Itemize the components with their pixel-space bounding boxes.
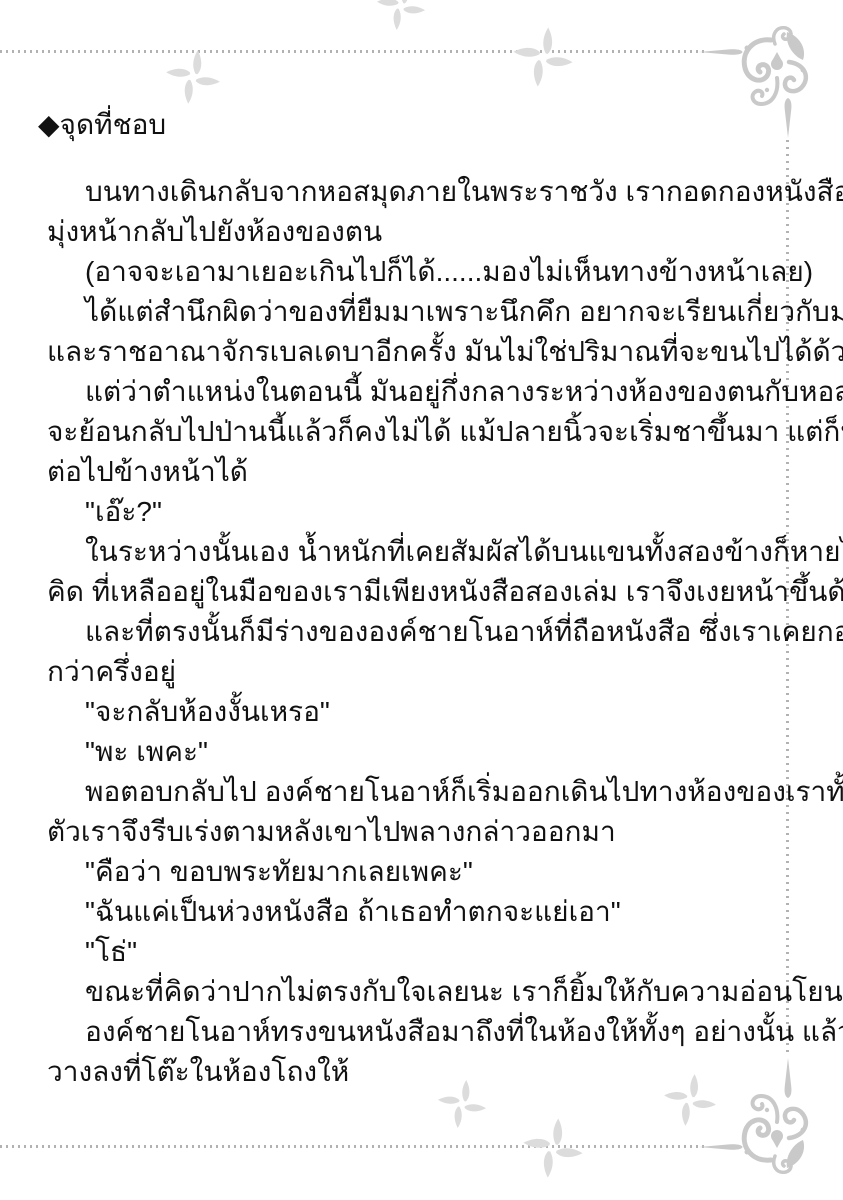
text-line: และราชอาณาจักรเบลเดบาอีกครั้ง มันไม่ใช่ป… bbox=[47, 332, 788, 372]
sparkle-icon bbox=[164, 48, 222, 106]
bottom-border-dotted-line bbox=[0, 1145, 704, 1148]
text-line: "คือว่า ขอบพระทัยมากเลยเพคะ" bbox=[47, 852, 788, 892]
corner-ornament-top-right-icon bbox=[737, 26, 815, 106]
text-line: "เอ๊ะ?" bbox=[47, 492, 788, 532]
sparkle-icon bbox=[521, 1116, 585, 1180]
text-line: และที่ตรงนั้นก็มีร่างขององค์ชายโนอาห์ที่… bbox=[47, 612, 788, 652]
text-line: กว่าครึ่งอยู่ bbox=[47, 652, 788, 692]
text-line: วางลงที่โต๊ะในห้องโถงให้ bbox=[47, 1052, 788, 1092]
sparkle-icon bbox=[511, 25, 575, 89]
text-line: (อาจจะเอามาเยอะเกินไปก็ได้......มองไม่เห… bbox=[47, 252, 788, 292]
text-line: ต่อไปข้างหน้าได้ bbox=[47, 452, 788, 492]
text-line: ได้แต่สำนึกผิดว่าของที่ยืมมาเพราะนึกคึก … bbox=[47, 292, 788, 332]
section-header: ◆จุดที่ชอบ bbox=[38, 105, 166, 145]
text-line: ตัวเราจึงรีบเร่งตามหลังเขาไปพลางกล่าวออก… bbox=[47, 812, 788, 852]
text-line: ในระหว่างนั้นเอง น้ำหนักที่เคยสัมผัสได้บ… bbox=[47, 532, 788, 572]
top-border-dotted-line bbox=[0, 50, 704, 53]
text-line: จะย้อนกลับไปป่านนี้แล้วก็คงไม่ได้ แม้ปลา… bbox=[47, 412, 788, 452]
text-line: คิด ที่เหลืออยู่ในมือของเรามีเพียงหนังสื… bbox=[47, 572, 788, 612]
text-line: ขณะที่คิดว่าปากไม่ตรงกับใจเลยนะ เราก็ยิ้… bbox=[47, 972, 788, 1012]
text-line: "โธ่" bbox=[47, 932, 788, 972]
text-line: "ฉันแค่เป็นห่วงหนังสือ ถ้าเธอทำตกจะแย่เอ… bbox=[47, 892, 788, 932]
text-line: "จะกลับห้องงั้นเหรอ" bbox=[47, 692, 788, 732]
corner-ornament-bottom-right-icon bbox=[737, 1094, 815, 1174]
novel-page: ◆จุดที่ชอบ บนทางเดินกลับจากหอสมุดภายในพร… bbox=[0, 0, 843, 1200]
teardrop-ornament-top-icon bbox=[783, 98, 793, 138]
text-line: บนทางเดินกลับจากหอสมุดภายในพระราชวัง เรา… bbox=[47, 172, 788, 212]
section-marker-icon: ◆ bbox=[38, 109, 60, 140]
text-line: พอตอบกลับไป องค์ชายโนอาห์ก็เริ่มออกเดินไ… bbox=[47, 772, 788, 812]
section-title: จุดที่ชอบ bbox=[60, 109, 167, 140]
text-line: มุ่งหน้ากลับไปยังห้องของตน bbox=[47, 212, 788, 252]
text-line: แต่ว่าตำแหน่งในตอนนี้ มันอยู่กึ่งกลางระห… bbox=[47, 372, 788, 412]
text-line: องค์ชายโนอาห์ทรงขนหนังสือมาถึงที่ในห้องใ… bbox=[47, 1012, 788, 1052]
text-line: "พะ เพคะ" bbox=[47, 732, 788, 772]
body-text: บนทางเดินกลับจากหอสมุดภายในพระราชวัง เรา… bbox=[47, 172, 788, 1092]
sparkle-icon bbox=[375, 0, 427, 32]
